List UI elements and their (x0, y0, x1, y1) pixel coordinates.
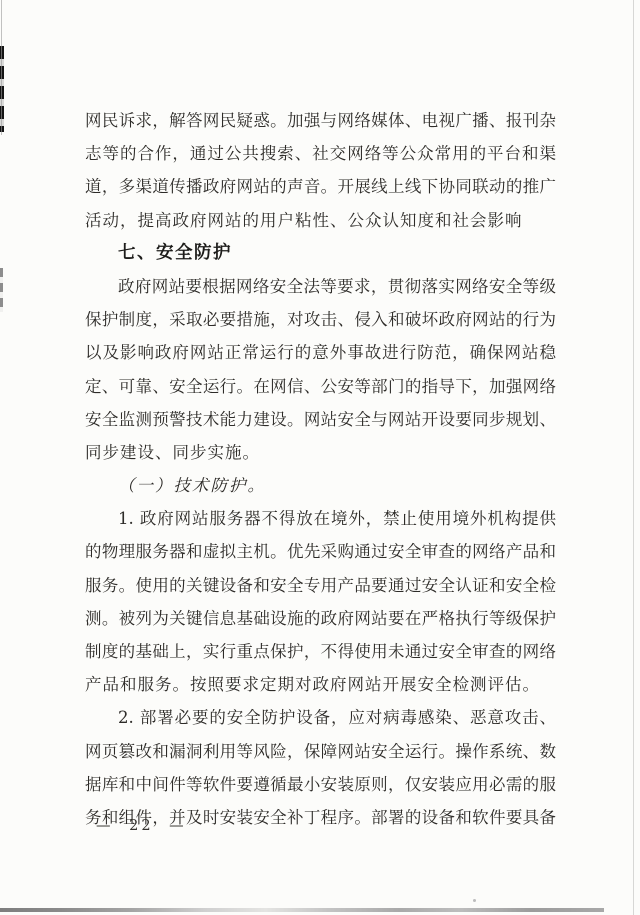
text-line: 网页篡改和漏洞利用等风险，保障网站安全运行。操作系统、数 (85, 735, 556, 768)
text-line: 测。被列为关键信息基础设施的政府网站要在严格执行等级保护 (85, 602, 556, 635)
section-heading: 七、安全防护 (85, 237, 556, 270)
text-line: 产品和服务。按照要求定期对政府网站开展安全检测评估。 (85, 668, 556, 701)
text-line: 安全监测预警技术能力建设。网站安全与网站开设要同步规划、 (85, 403, 556, 436)
document-page: 网民诉求，解答网民疑惑。加强与网络媒体、电视广播、报刊杂 志等的合作，通过公共搜… (0, 0, 640, 915)
text-line: 的物理服务器和虚拟主机。优先采购通过安全审查的网络产品和 (85, 535, 556, 568)
text-line: 道，多渠道传播政府网站的声音。开展线上线下协同联动的推广 (85, 170, 556, 203)
scan-artifact-bottom-strip (0, 908, 604, 912)
text-line: 据库和中间件等软件要遵循最小安装原则，仅安装应用必需的服 (85, 768, 556, 801)
text-line: 制度的基础上，实行重点保护，不得使用未通过安全审查的网络 (85, 635, 556, 668)
scan-artifact-left-hairline (1, 0, 2, 135)
text-line: 服务。使用的关键设备和安全专用产品要通过安全认证和安全检 (85, 569, 556, 602)
text-line: 活动，提高政府网站的用户粘性、公众认知度和社会影响力。 (85, 204, 556, 237)
scan-artifact-dot (473, 899, 476, 902)
text-line: 2. 部署必要的安全防护设备，应对病毒感染、恶意攻击、 (85, 701, 556, 734)
text-line: 以及影响政府网站正常运行的意外事故进行防范，确保网站稳 (85, 336, 556, 369)
text-line: 网民诉求，解答网民疑惑。加强与网络媒体、电视广播、报刊杂 (85, 104, 556, 137)
scan-artifact-right-hairline (633, 0, 634, 915)
text-line: 保护制度，采取必要措施，对攻击、侵入和破坏政府网站的行为 (85, 303, 556, 336)
text-line: 定、可靠、安全运行。在网信、公安等部门的指导下，加强网络 (85, 370, 556, 403)
text-line: 同步建设、同步实施。 (85, 436, 556, 469)
text-line: 1. 政府网站服务器不得放在境外，禁止使用境外机构提供 (85, 502, 556, 535)
scan-artifact-left-gray-marks (0, 268, 3, 312)
subsection-heading: （一）技术防护。 (85, 469, 556, 502)
text-line: 志等的合作，通过公共搜索、社交网络等公众常用的平台和渠 (85, 137, 556, 170)
page-number: — 22 — (96, 816, 187, 836)
text-block: 网民诉求，解答网民疑惑。加强与网络媒体、电视广播、报刊杂 志等的合作，通过公共搜… (85, 104, 556, 834)
text-line: 政府网站要根据网络安全法等要求，贯彻落实网络安全等级 (85, 270, 556, 303)
